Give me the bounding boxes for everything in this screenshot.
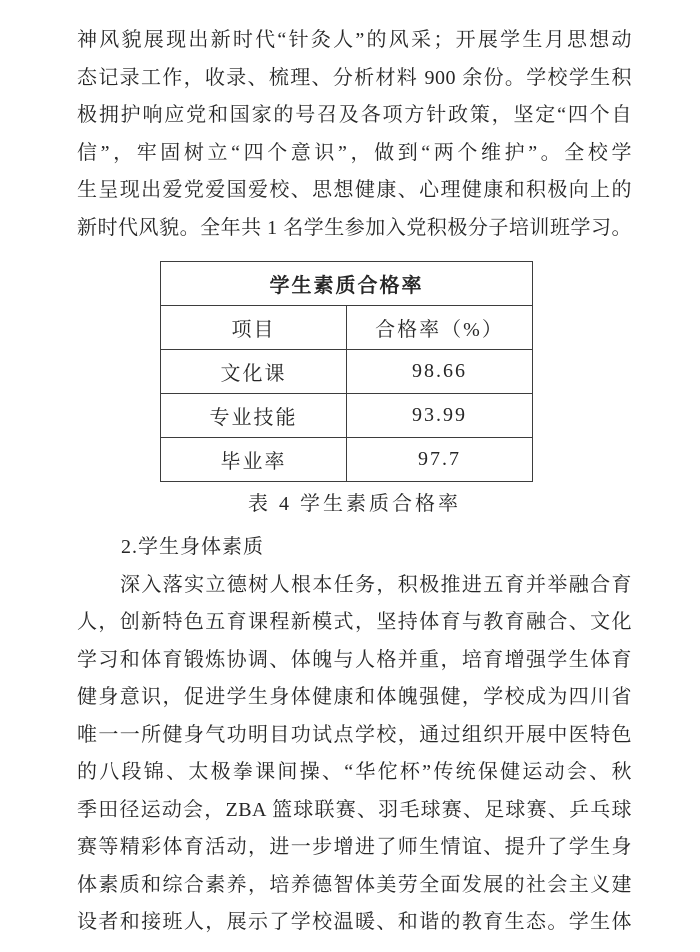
col-header-item: 项目 bbox=[161, 306, 347, 350]
text-column: 神风貌展现出新时代“针灸人”的风采；开展学生月思想动 态记录工作，收录、梳理、分… bbox=[0, 0, 700, 942]
cell-value: 97.7 bbox=[347, 438, 533, 482]
cell-item: 毕业率 bbox=[161, 438, 347, 482]
paragraph-line: 态记录工作，收录、梳理、分析材料 900 余份。学校学生积 bbox=[77, 60, 632, 98]
paragraph-line: 信”，牢固树立“四个意识”，做到“两个维护”。全校学 bbox=[77, 135, 632, 173]
cell-item: 专业技能 bbox=[161, 394, 347, 438]
cell-item: 文化课 bbox=[161, 350, 347, 394]
paragraph-line: 唯一一所健身气功明目功试点学校，通过组织开展中医特色 bbox=[77, 717, 632, 755]
section-heading: 2.学生身体素质 bbox=[77, 529, 632, 567]
paragraph-line: 生呈现出爱党爱国爱校、思想健康、心理健康和积极向上的 bbox=[77, 172, 632, 210]
cell-value: 93.99 bbox=[347, 394, 533, 438]
table-row: 文化课 98.66 bbox=[161, 350, 533, 394]
paragraph-2: 深入落实立德树人根本任务，积极推进五育并举融合育 人，创新特色五育课程新模式，坚… bbox=[77, 567, 632, 942]
paragraph-line: 新时代风貌。全年共 1 名学生参加入党积极分子培训班学习。 bbox=[77, 210, 632, 248]
paragraph-line: 设者和接班人，展示了学校温暖、和谐的教育生态。学生体 bbox=[77, 904, 632, 942]
table-row: 专业技能 93.99 bbox=[161, 394, 533, 438]
table-row: 毕业率 97.7 bbox=[161, 438, 533, 482]
paragraph-line: 的八段锦、太极拳课间操、“华佗杯”传统保健运动会、秋 bbox=[77, 754, 632, 792]
table-header-row: 项目 合格率（%） bbox=[161, 306, 533, 350]
paragraph-line: 神风貌展现出新时代“针灸人”的风采；开展学生月思想动 bbox=[77, 22, 632, 60]
paragraph-line: 健身意识，促进学生身体健康和体魄强健，学校成为四川省 bbox=[77, 679, 632, 717]
paragraph-line: 季田径运动会，ZBA 篮球联赛、羽毛球赛、足球赛、乒乓球 bbox=[77, 792, 632, 830]
table-title: 学生素质合格率 bbox=[161, 262, 533, 306]
cell-value: 98.66 bbox=[347, 350, 533, 394]
paragraph-1: 神风貌展现出新时代“针灸人”的风采；开展学生月思想动 态记录工作，收录、梳理、分… bbox=[77, 22, 632, 247]
paragraph-line: 深入落实立德树人根本任务，积极推进五育并举融合育 bbox=[77, 567, 632, 605]
table-title-row: 学生素质合格率 bbox=[161, 262, 533, 306]
paragraph-line: 人，创新特色五育课程新模式，坚持体育与教育融合、文化 bbox=[77, 604, 632, 642]
student-quality-table: 学生素质合格率 项目 合格率（%） 文化课 98.66 专业技能 93.99 毕… bbox=[160, 261, 533, 482]
paragraph-line: 极拥护响应党和国家的号召及各项方针政策，坚定“四个自 bbox=[77, 97, 632, 135]
paragraph-line: 体素质和综合素养，培养德智体美劳全面发展的社会主义建 bbox=[77, 867, 632, 905]
paragraph-line: 赛等精彩体育活动，进一步增进了师生情谊、提升了学生身 bbox=[77, 829, 632, 867]
table-caption: 表 4 学生素质合格率 bbox=[77, 489, 632, 519]
paragraph-line: 学习和体育锻炼协调、体魄与人格并重，培育增强学生体育 bbox=[77, 642, 632, 680]
col-header-rate: 合格率（%） bbox=[347, 306, 533, 350]
document-page: 神风貌展现出新时代“针灸人”的风采；开展学生月思想动 态记录工作，收录、梳理、分… bbox=[0, 0, 700, 952]
